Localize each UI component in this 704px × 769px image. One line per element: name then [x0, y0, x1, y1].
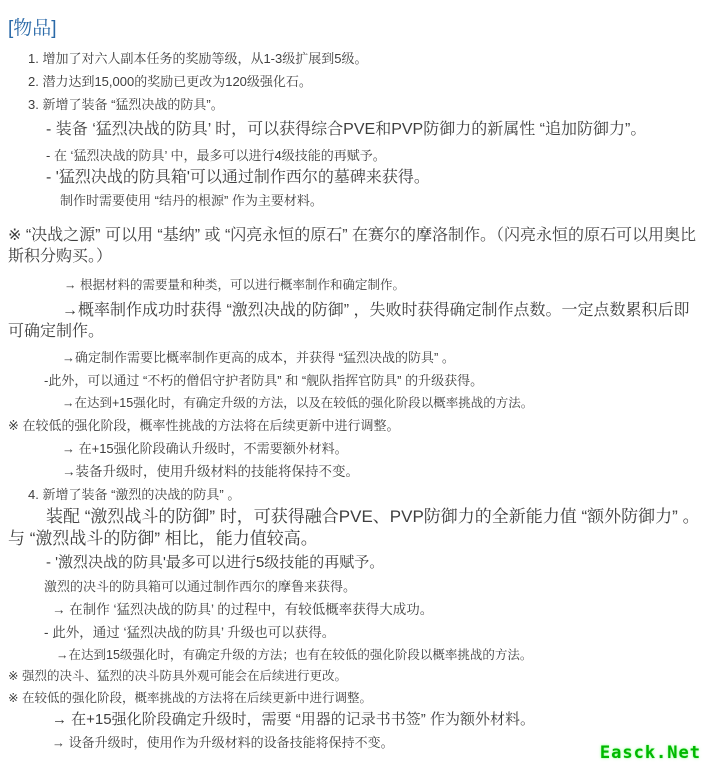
doc-line: 2. 潜力达到15,000的奖励已更改为120级强化石。 [28, 73, 704, 90]
doc-line: →确定制作需要比概率制作更高的成本，并获得 “猛烈决战的防具” 。 [62, 349, 704, 366]
doc-line: ※ “决战之源” 可以用 “基纳” 或 “闪亮永恒的原石” 在赛尔的摩洛制作。（… [8, 225, 698, 267]
doc-line: → 在+15强化阶段确定升级时，需要 “用器的记录书书签” 作为额外材料。 [52, 710, 704, 729]
doc-line: → 在制作 ‘猛烈决战的防具’ 的过程中，有较低概率获得大成功。 [52, 601, 704, 618]
doc-line: →在达到15级强化时，有确定升级的方法；也有在较低的强化阶段以概率挑战的方法。 [56, 647, 704, 663]
doc-line: ※ 强烈的决斗、猛烈的决斗防具外观可能会在后续进行更改。 [8, 668, 704, 684]
doc-line: ※ 在较低的强化阶段，概率性挑战的方法将在后续更新中进行调整。 [8, 417, 704, 434]
doc-line: 装配 “激烈战斗的防御” 时，可获得融合PVE、PVP防御力的全新能力值 “额外… [8, 506, 700, 550]
doc-line: ※ 在较低的强化阶段，概率挑战的方法将在后续更新中进行调整。 [8, 690, 704, 706]
doc-line: → 在+15强化阶段确认升级时，不需要额外材料。 [62, 440, 704, 457]
doc-line: 激烈的决斗的防具箱可以通过制作西尔的摩鲁来获得。 [44, 578, 704, 595]
doc-line: 1. 增加了对六人副本任务的奖励等级，从1-3级扩展到5级。 [28, 50, 704, 67]
watermark-easck: Easck.Net [600, 743, 701, 763]
doc-line: →概率制作成功时获得 “激烈决战的防御” ，失败时获得确定制作点数。一定点数累积… [8, 300, 698, 342]
doc-line: →在达到+15强化时，有确定升级的方法，以及在较低的强化阶段以概率挑战的方法。 [62, 395, 704, 411]
doc-line: - 此外，通过 ‘猛烈决战的防具’ 升级也可以获得。 [44, 624, 704, 641]
doc-line: - '激烈决战的防具'最多可以进行5级技能的再赋予。 [46, 553, 704, 572]
doc-line: - '猛烈决战的防具箱'可以通过制作西尔的墓碑来获得。 [46, 167, 704, 188]
doc-line: - 装备 ‘猛烈决战的防具’ 时，可以获得综合PVE和PVP防御力的新属性 “追… [46, 119, 698, 140]
doc-line: →装备升级时，使用升级材料的技能将保持不变。 [62, 463, 704, 480]
doc-line: 制作时需要使用 “结丹的根源” 作为主要材料。 [60, 192, 704, 209]
doc-line: → 根据材料的需要量和种类，可以进行概率制作和确定制作。 [64, 277, 704, 293]
doc-line: 4. 新增了装备 “激烈的决战的防具” 。 [28, 486, 704, 503]
doc-line: 3. 新增了装备 “猛烈决战的防具”。 [28, 96, 704, 113]
doc-line: -此外，可以通过 “不朽的僧侣守护者防具” 和 “舰队指挥官防具” 的升级获得。 [44, 372, 704, 389]
doc-line: - 在 ‘猛烈决战的防具’ 中，最多可以进行4级技能的再赋予。 [46, 147, 704, 164]
section-title: [物品] [8, 16, 704, 42]
